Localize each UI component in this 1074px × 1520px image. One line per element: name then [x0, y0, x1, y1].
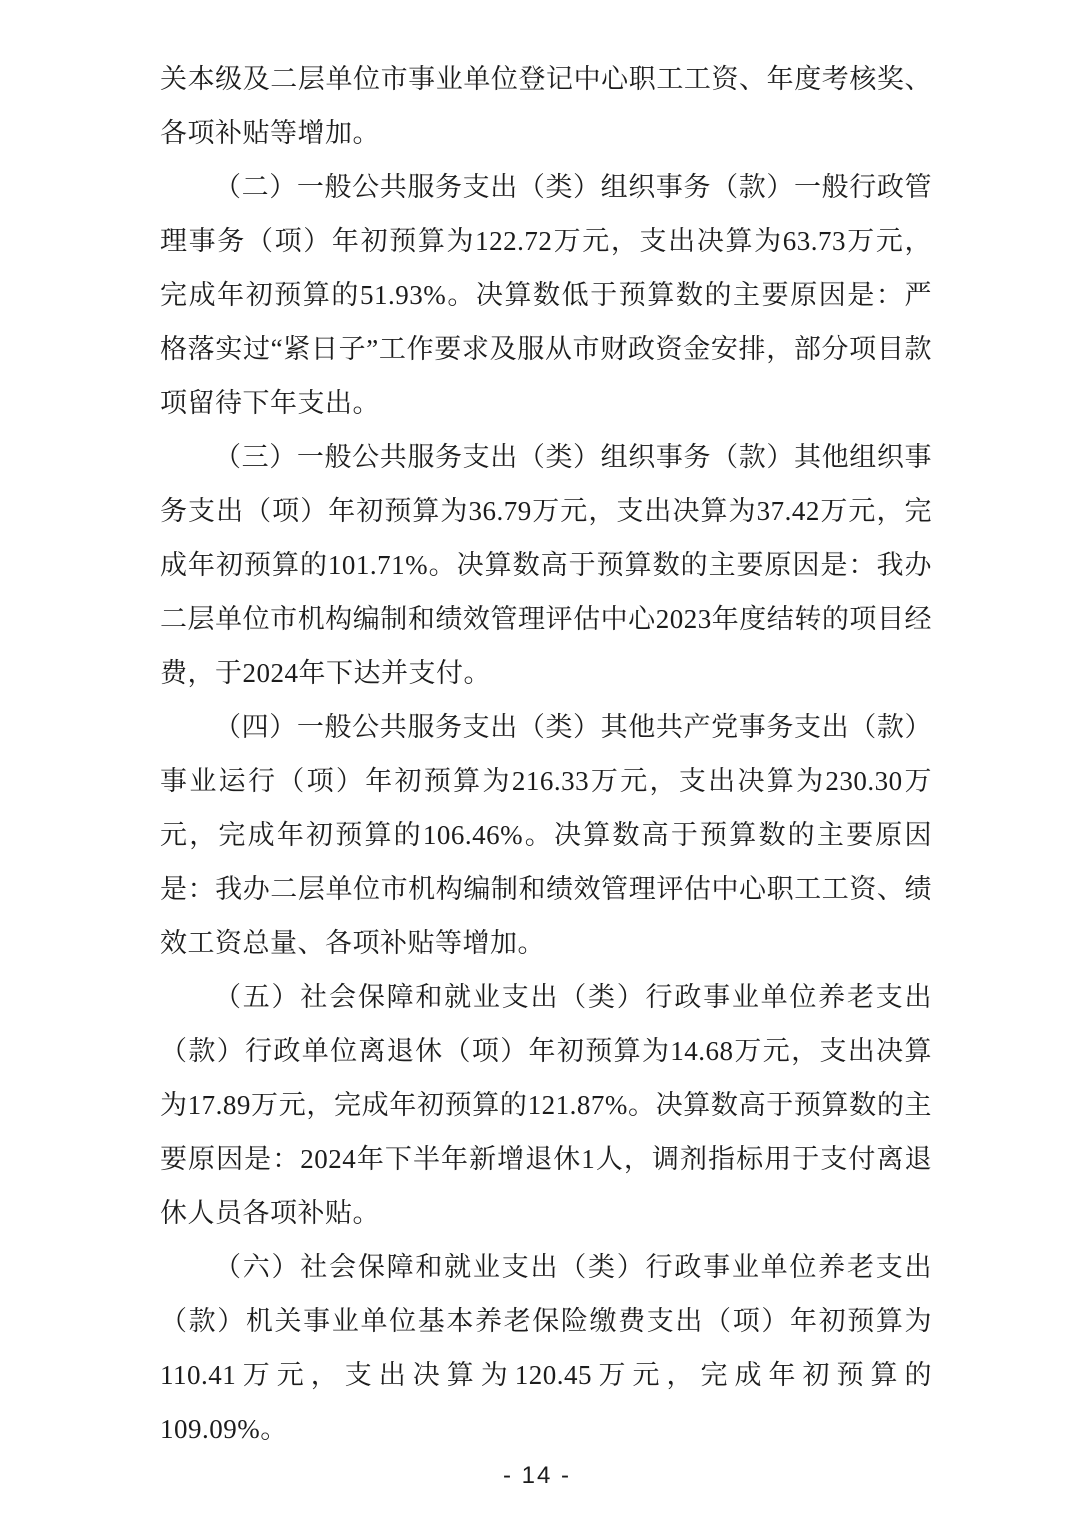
paragraph-section-3: （三）一般公共服务支出（类）组织事务（款）其他组织事务支出（项）年初预算为36.… [160, 430, 932, 700]
paragraph-section-2: （二）一般公共服务支出（类）组织事务（款）一般行政管理事务（项）年初预算为122… [160, 160, 932, 430]
document-body: 关本级及二层单位市事业单位登记中心职工工资、年度考核奖、各项补贴等增加。 （二）… [160, 52, 932, 1456]
paragraph-continued: 关本级及二层单位市事业单位登记中心职工工资、年度考核奖、各项补贴等增加。 [160, 52, 932, 160]
document-page: 关本级及二层单位市事业单位登记中心职工工资、年度考核奖、各项补贴等增加。 （二）… [0, 0, 1074, 1520]
paragraph-section-4: （四）一般公共服务支出（类）其他共产党事务支出（款）事业运行（项）年初预算为21… [160, 700, 932, 970]
page-number: - 14 - [0, 1462, 1074, 1490]
paragraph-section-5: （五）社会保障和就业支出（类）行政事业单位养老支出（款）行政单位离退休（项）年初… [160, 970, 932, 1240]
paragraph-section-6: （六）社会保障和就业支出（类）行政事业单位养老支出（款）机关事业单位基本养老保险… [160, 1240, 932, 1456]
